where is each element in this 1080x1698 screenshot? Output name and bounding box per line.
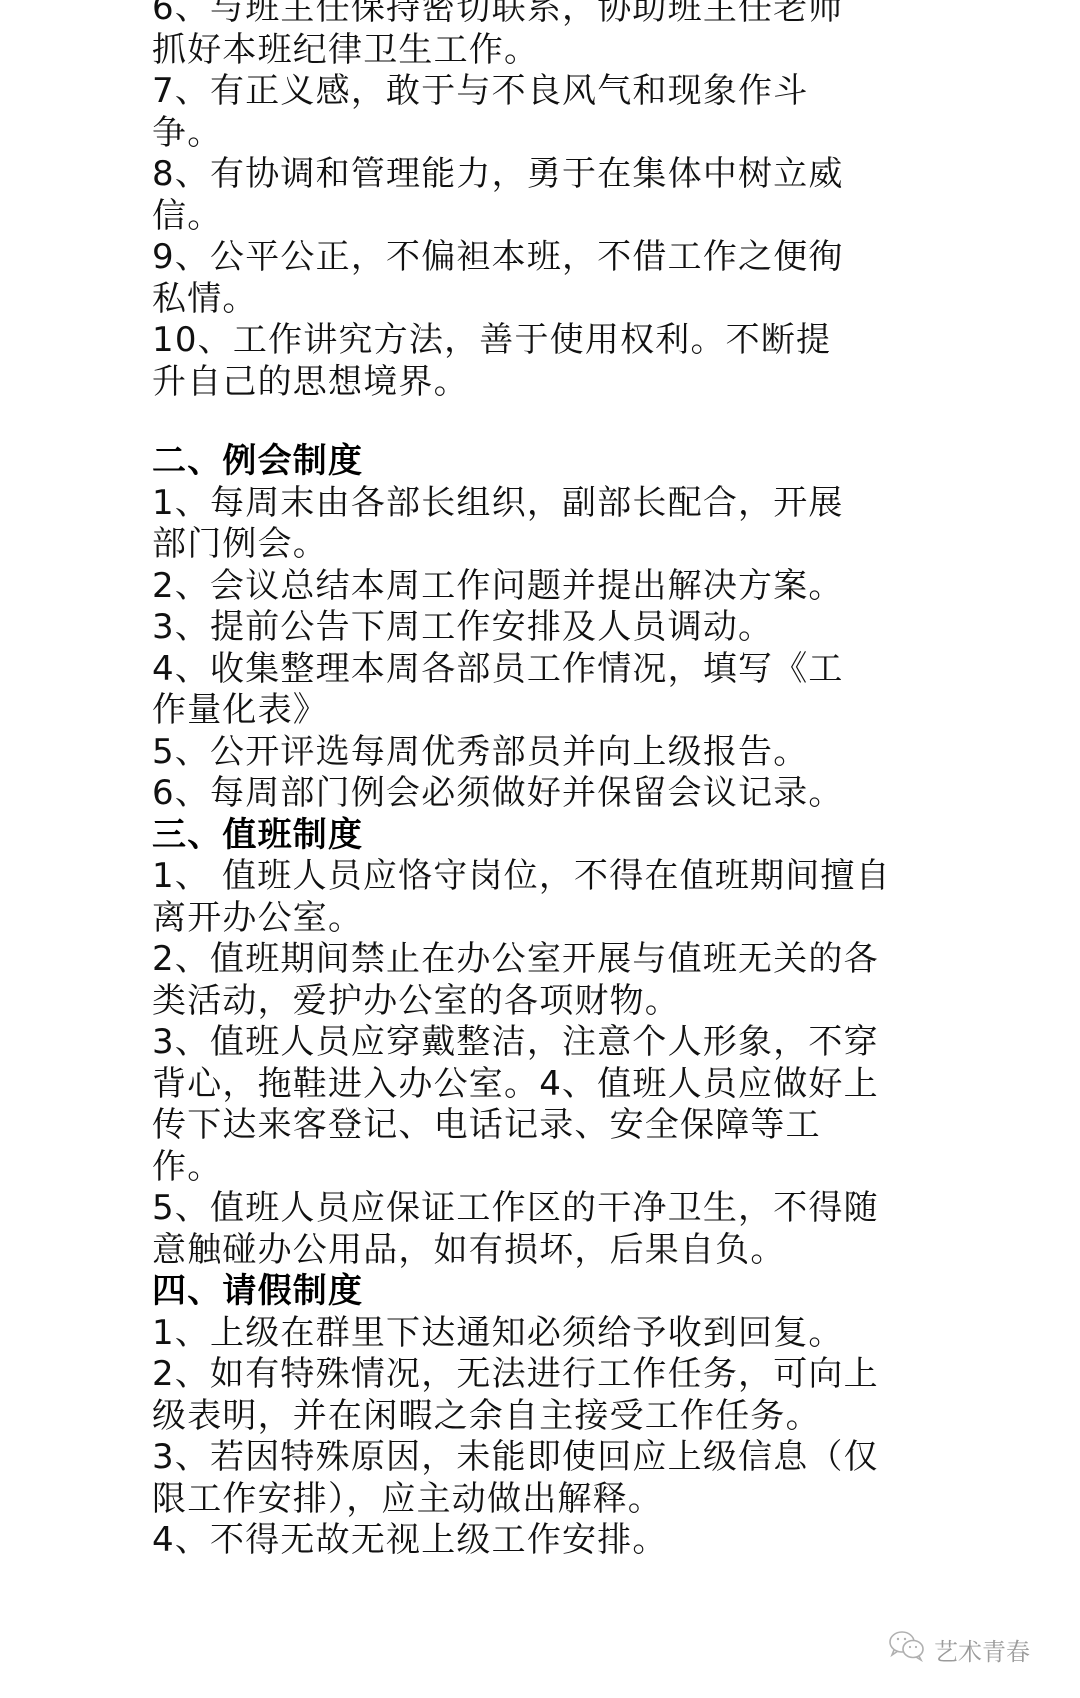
text-line: 作。: [152, 1147, 872, 1189]
text-line: 抓好本班纪律卫生工作。: [152, 30, 872, 72]
text-line: 1、 值班人员应恪守岗位，不得在值班期间擅自: [152, 856, 872, 898]
text-line: 作量化表》: [152, 690, 872, 732]
wechat-icon: [888, 1630, 926, 1668]
text-line: 3、若因特殊原因，未能即使回应上级信息（仅: [152, 1437, 872, 1479]
text-line: 意触碰办公用品，如有损坏，后果自负。: [152, 1230, 872, 1272]
text-line: 升自己的思想境界。: [152, 362, 872, 404]
text-line: 传下达来客登记、电话记录、安全保障等工: [152, 1105, 872, 1147]
text-line: 3、提前公告下周工作安排及人员调动。: [152, 607, 872, 649]
text-line: 7、有正义感，敢于与不良风气和现象作斗: [152, 71, 872, 113]
text-line: 1、上级在群里下达通知必须给予收到回复。: [152, 1313, 872, 1355]
section-duty-system: 三、值班制度 1、 值班人员应恪守岗位，不得在值班期间擅自 离开办公室。 2、值…: [152, 815, 872, 1272]
watermark-label: 艺术青春: [934, 1632, 1030, 1667]
section-meeting-system: 二、例会制度 1、每周末由各部长组织，副部长配合，开展 部门例会。 2、会议总结…: [152, 441, 872, 815]
text-line: 3、值班人员应穿戴整洁，注意个人形象，不穿: [152, 1022, 872, 1064]
text-line: 离开办公室。: [152, 898, 872, 940]
text-line: 6、与班主任保持密切联系，协助班主任老师: [152, 0, 872, 30]
text-line: 8、有协调和管理能力，勇于在集体中树立威: [152, 154, 872, 196]
text-line: 9、公平公正，不偏袒本班，不借工作之便徇: [152, 237, 872, 279]
section-leave-system: 四、请假制度 1、上级在群里下达通知必须给予收到回复。 2、如有特殊情况，无法进…: [152, 1271, 872, 1562]
text-line: 类活动，爱护办公室的各项财物。: [152, 981, 872, 1023]
text-line: 背心，拖鞋进入办公室。4、值班人员应做好上: [152, 1064, 872, 1106]
text-line: 4、不得无故无视上级工作安排。: [152, 1520, 872, 1562]
text-line: 2、如有特殊情况，无法进行工作任务，可向上: [152, 1354, 872, 1396]
text-line: 1、每周末由各部长组织，副部长配合，开展: [152, 483, 872, 525]
text-line: 部门例会。: [152, 524, 872, 566]
section-spacer: [152, 403, 872, 441]
text-line: 2、值班期间禁止在办公室开展与值班无关的各: [152, 939, 872, 981]
document-page: 6、与班主任保持密切联系，协助班主任老师 抓好本班纪律卫生工作。 7、有正义感，…: [152, 0, 872, 1562]
text-line: 6、每周部门例会必须做好并保留会议记录。: [152, 773, 872, 815]
text-line: 争。: [152, 113, 872, 155]
section-heading: 四、请假制度: [152, 1271, 872, 1313]
text-line: 信。: [152, 196, 872, 238]
text-line: 5、值班人员应保证工作区的干净卫生，不得随: [152, 1188, 872, 1230]
section-heading: 三、值班制度: [152, 815, 872, 857]
watermark: 艺术青春: [888, 1630, 1030, 1668]
text-line: 10、工作讲究方法，善于使用权利。不断提: [152, 320, 872, 362]
text-line: 限工作安排），应主动做出解释。: [152, 1479, 872, 1521]
text-line: 5、公开评选每周优秀部员并向上级报告。: [152, 732, 872, 774]
text-line: 4、收集整理本周各部员工作情况，填写《工: [152, 649, 872, 691]
text-line: 级表明，并在闲暇之余自主接受工作任务。: [152, 1396, 872, 1438]
text-line: 2、会议总结本周工作问题并提出解决方案。: [152, 566, 872, 608]
section-responsibilities-tail: 6、与班主任保持密切联系，协助班主任老师 抓好本班纪律卫生工作。 7、有正义感，…: [152, 0, 872, 403]
section-heading: 二、例会制度: [152, 441, 872, 483]
text-line: 私情。: [152, 279, 872, 321]
